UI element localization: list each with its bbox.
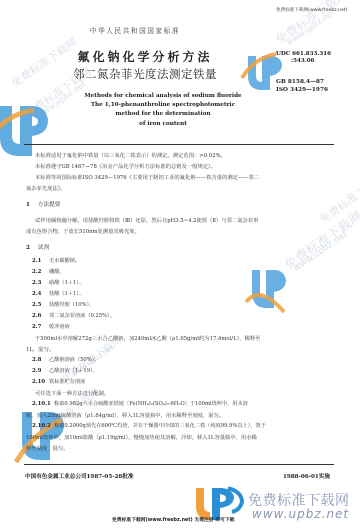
title-cn-main: 氟化钠化学分析方法 [0, 48, 290, 65]
reagent-item: 2.5盐酸羟胺（10%）。 [32, 301, 94, 308]
procedure-2-10-1-cont: 解，加入20ml硫酸溶液（ρ1.84g/ml），移入1L容量瓶中，用水稀释至刻度… [26, 411, 224, 419]
udc-line2: :543.06 [276, 58, 331, 65]
title-cn-sub: 邻二氮杂菲光度法测定铁量 [0, 66, 290, 82]
reagent-item: 2.2硼酸。 [32, 268, 65, 275]
buffer-prep-text: 于500ml水中溶解272g三水合乙酸钠，加240ml冰乙酸（ρ1.05g/ml… [35, 334, 260, 342]
section-title: 试剂 [38, 245, 49, 251]
reagent-item: 2.6邻二氮杂菲溶液（0.25%）。 [32, 312, 115, 319]
udc-line1: 661.833.316 [292, 51, 331, 57]
section-number: 2 [26, 245, 30, 251]
reagent-item: 2.1无水碳酸钠。 [32, 257, 80, 264]
section-1-text: 试样用碱熔融分解。用盐酸羟胺将铁（Ⅲ）还原，然后在pH3.5~4.2使铁（Ⅱ）与… [35, 216, 258, 224]
footer-divider [24, 464, 334, 465]
upbz-logo-icon [244, 262, 290, 318]
section-1-heading: 1方法提要 [26, 200, 60, 208]
title-en-line: method for the determination [0, 110, 326, 119]
implementation-date: 1988-06-01实施 [283, 472, 330, 480]
title-en-line: of iron content [0, 120, 326, 129]
udc-code: UDC 661.833.316 :543.06 [276, 51, 331, 64]
procedure-2-10-1: 2.10.1称取0.982g六水合硫酸亚铁铵〔Fe(NH₄)₂(SO₄)₂·6H… [32, 400, 248, 407]
procedure-2-10-2-cont2: 释至刻度，混匀。 [26, 444, 68, 452]
section-1-text-cont: 成有色络合物，于波长510nm处测量其吸光度。 [26, 227, 140, 235]
section-number: 1 [26, 202, 30, 208]
buffer-prep-text-cont: 1L，混匀。 [26, 345, 54, 353]
intro-equivalence: 本标准等同国际标准ISO 3429—1976《主要用于制铝工业的氟化钠——铁含量… [35, 173, 259, 181]
section-2-heading: 2试剂 [26, 243, 49, 251]
procedure-2-10-2: 2.10.2称取0.2000g预先在600℃灼烧，并在干燥器中冷却的三氧化二铁（… [32, 422, 266, 429]
procedure-2-10-2-cont: 100ml烧杯中，加10ml盐酸（ρ1.19g/ml），慢慢加热使其溶解，冷却，… [26, 433, 257, 441]
intro-compliance: 本标准遵守GB 1467—78《冶金产品化学分析方法标准的总则及一般规定》。 [35, 162, 216, 170]
header-divider [24, 144, 334, 145]
national-standard-label: 中华人民共和国国家标准 [0, 25, 270, 35]
reagent-item: 2.7缓冲溶液 [32, 323, 70, 330]
section-title: 方法提要 [38, 202, 60, 208]
reagent-item: 2.9乙酸溶液（1＋19）。 [32, 367, 98, 374]
udc-label: UDC [276, 51, 290, 57]
title-en-line: The 1,10-phenanthroline spectrophotometr… [0, 101, 326, 110]
watermark-brand-url: www.upbz.net [252, 507, 349, 521]
watermark-bottom-note: 免费标准下载网(www.freebz.net) 无需注册 即可下载 [112, 516, 234, 523]
reagent-item: 2.3硝酸（1＋1）。 [32, 279, 84, 286]
reagent-item: 2.8乙酸钠溶液（50%）。 [32, 356, 99, 363]
title-en-line: Methods for chemical analysis of sodium … [0, 92, 326, 101]
reagent-item: 2.4盐酸（1＋1）。 [32, 290, 84, 297]
approval-date: 中国有色金属工业总公司1987-05-28批准 [25, 472, 134, 480]
title-en: Methods for chemical analysis of sodium … [0, 92, 326, 129]
reagent-item: 2.10铁标准贮存溶液 [32, 378, 85, 385]
intro-scope: 本标准适用于氟化钠中铁量（以三氧化二铁表示）的测定。测定范围：>0.02%。 [35, 151, 226, 159]
intro-equivalence-cont: 氮杂菲光度法》。 [26, 184, 66, 192]
gb-code: GB 8158.4—87 [276, 78, 328, 86]
choice-text: 可任选下面一种方法进行配制。 [35, 389, 109, 397]
